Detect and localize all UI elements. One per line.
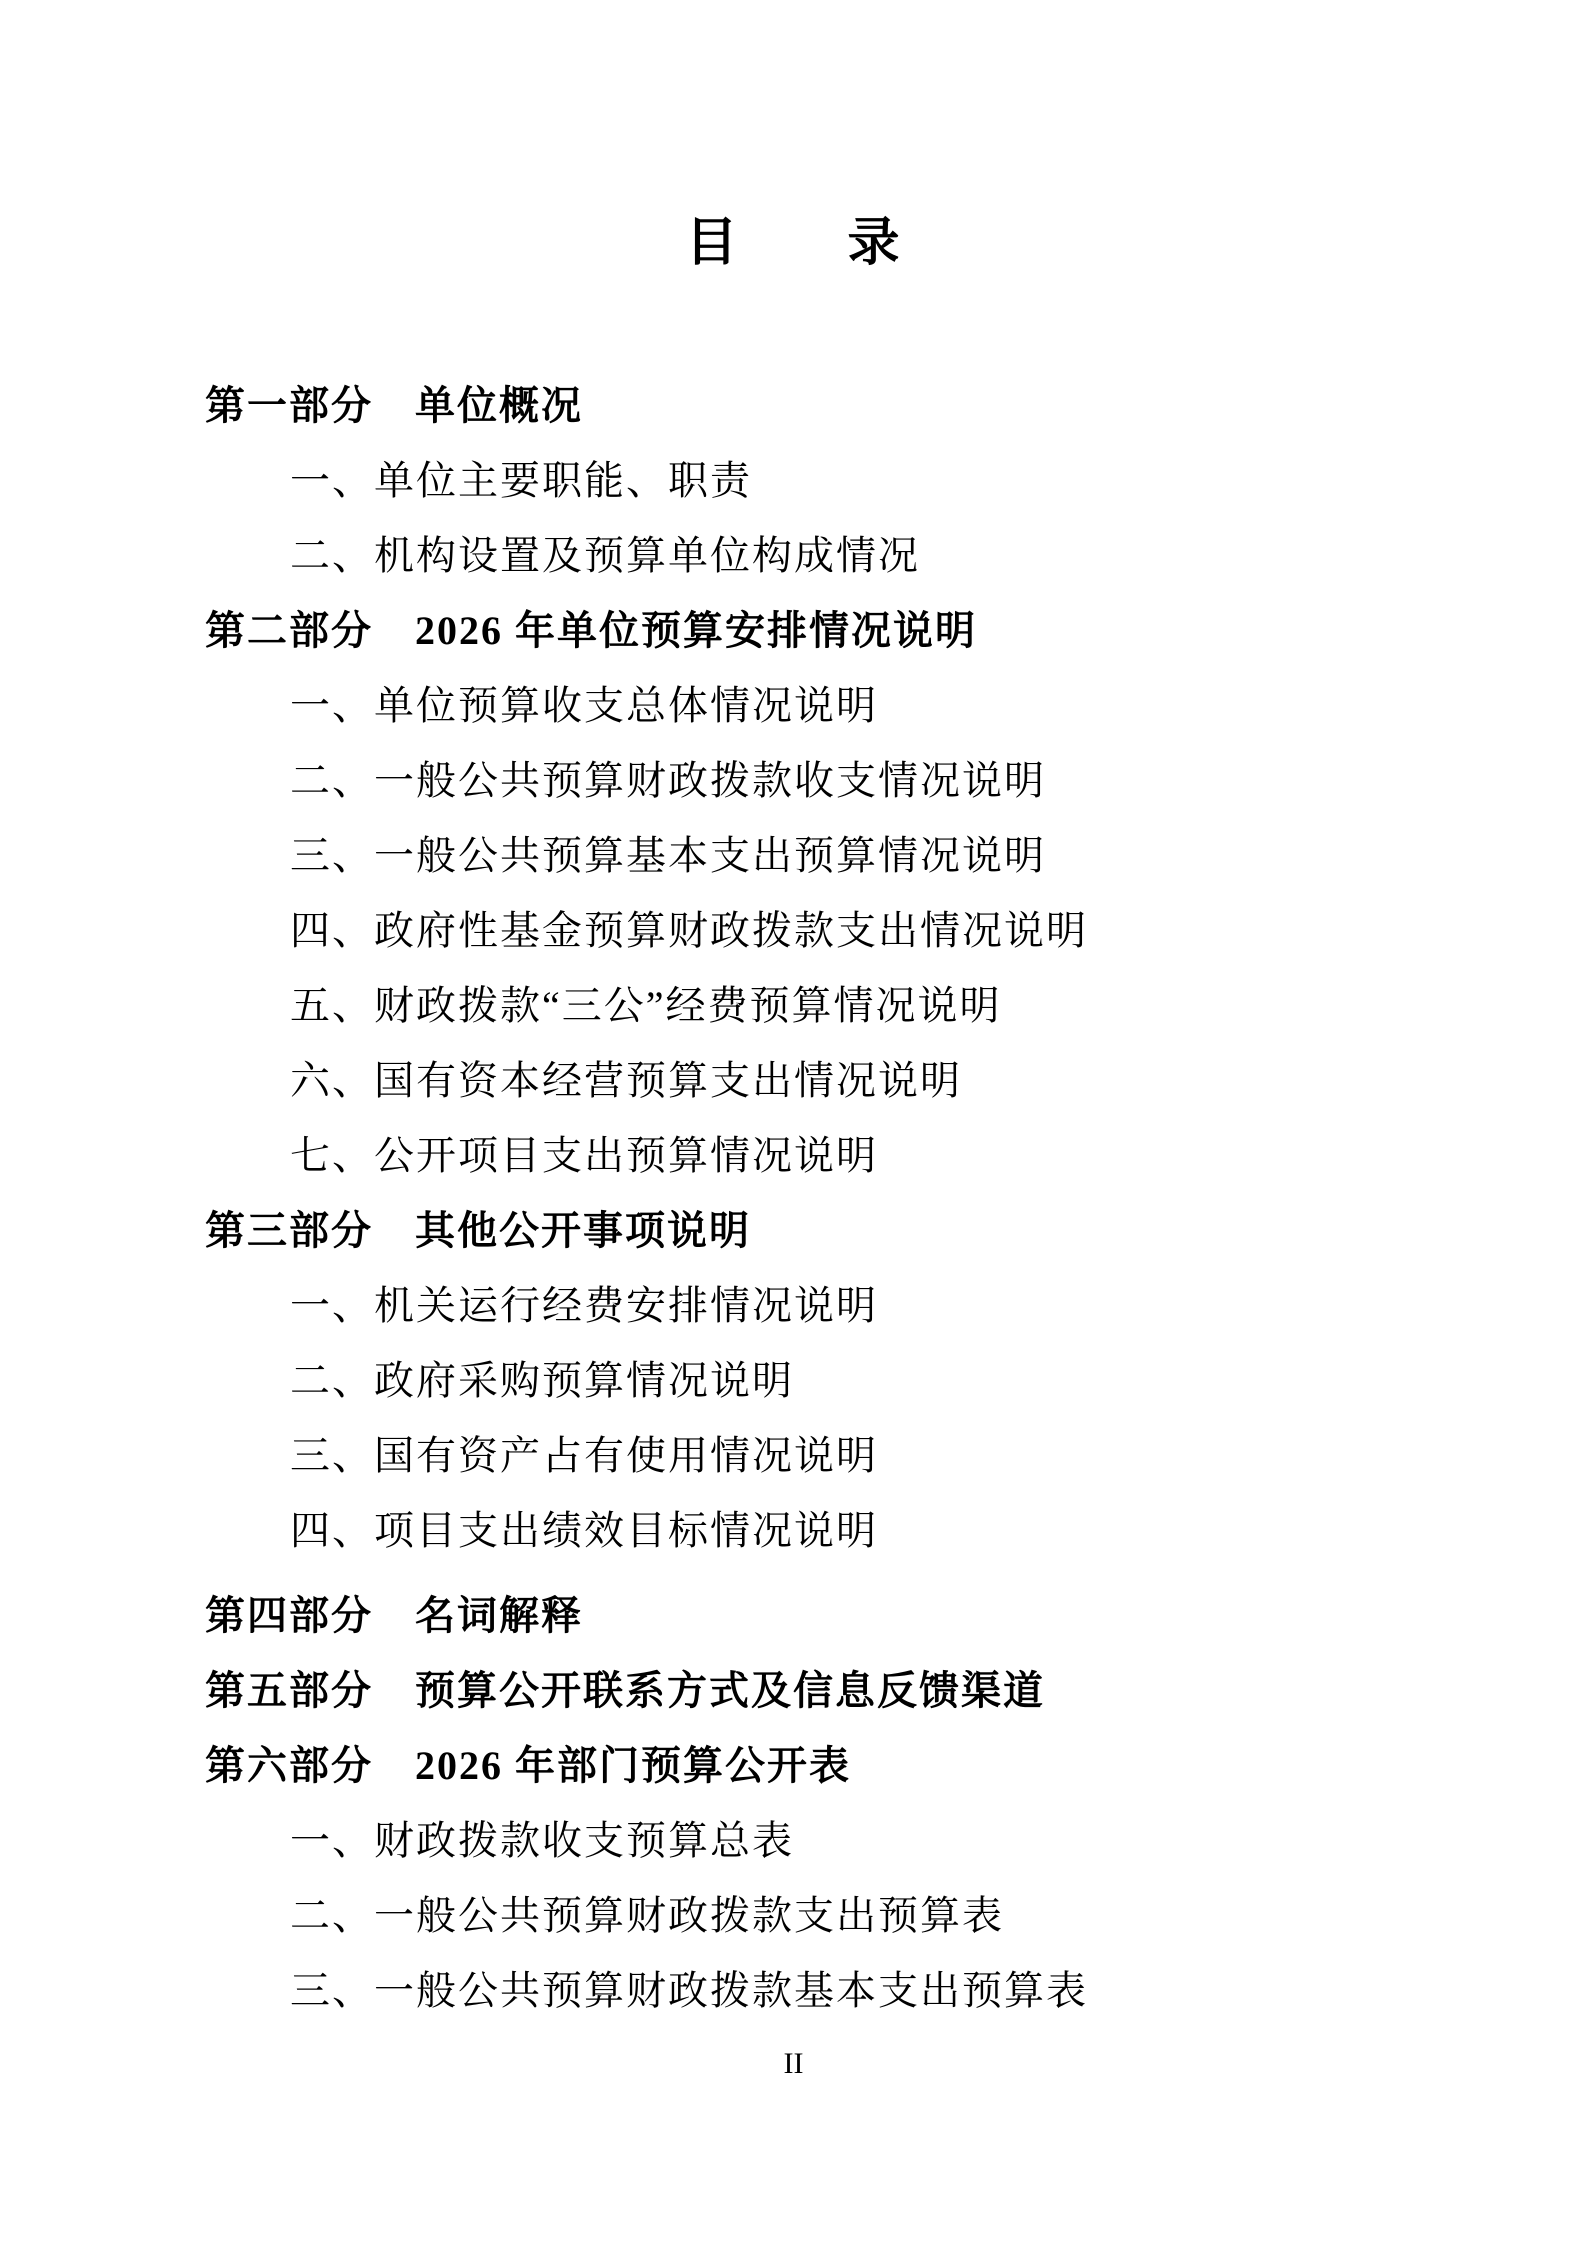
toc-entry-part2: 第二部分 2026 年单位预算安排情况说明: [205, 593, 1507, 668]
toc-entry-part2-item1: 一、单位预算收支总体情况说明: [205, 668, 1507, 743]
toc-entry-part3: 第三部分 其他公开事项说明: [205, 1193, 1507, 1268]
page-title: 目 录: [0, 213, 1587, 275]
document-page: 目 录 第一部分 单位概况 一、单位主要职能、职责 二、机构设置及预算单位构成情…: [0, 0, 1587, 2245]
toc-entry-part6-item1: 一、财政拨款收支预算总表: [205, 1803, 1507, 1878]
toc-entry-part2-item7: 七、公开项目支出预算情况说明: [205, 1118, 1507, 1193]
page-number: II: [0, 2046, 1587, 2082]
toc-entry-part3-item2: 二、政府采购预算情况说明: [205, 1343, 1507, 1418]
toc-entry-part2-item6: 六、国有资本经营预算支出情况说明: [205, 1043, 1507, 1118]
toc-entry-part6-item2: 二、一般公共预算财政拨款支出预算表: [205, 1878, 1507, 1953]
toc-entry-part3-item1: 一、机关运行经费安排情况说明: [205, 1268, 1507, 1343]
table-of-contents: 第一部分 单位概况 一、单位主要职能、职责 二、机构设置及预算单位构成情况 第二…: [205, 368, 1507, 2028]
toc-entry-part6-item3: 三、一般公共预算财政拨款基本支出预算表: [205, 1953, 1507, 2028]
toc-entry-part1: 第一部分 单位概况: [205, 368, 1507, 443]
toc-entry-part3-item3: 三、国有资产占有使用情况说明: [205, 1418, 1507, 1493]
toc-entry-part2-item5: 五、财政拨款“三公”经费预算情况说明: [205, 968, 1507, 1043]
toc-entry-part5: 第五部分 预算公开联系方式及信息反馈渠道: [205, 1653, 1507, 1728]
toc-entry-part1-item1: 一、单位主要职能、职责: [205, 443, 1507, 518]
toc-entry-part2-item2: 二、一般公共预算财政拨款收支情况说明: [205, 743, 1507, 818]
toc-entry-part2-item4: 四、政府性基金预算财政拨款支出情况说明: [205, 893, 1507, 968]
toc-entry-part1-item2: 二、机构设置及预算单位构成情况: [205, 518, 1507, 593]
toc-entry-part2-item3: 三、一般公共预算基本支出预算情况说明: [205, 818, 1507, 893]
toc-entry-part3-item4: 四、项目支出绩效目标情况说明: [205, 1493, 1507, 1568]
toc-entry-part6: 第六部分 2026 年部门预算公开表: [205, 1728, 1507, 1803]
toc-entry-part4: 第四部分 名词解释: [205, 1578, 1507, 1653]
